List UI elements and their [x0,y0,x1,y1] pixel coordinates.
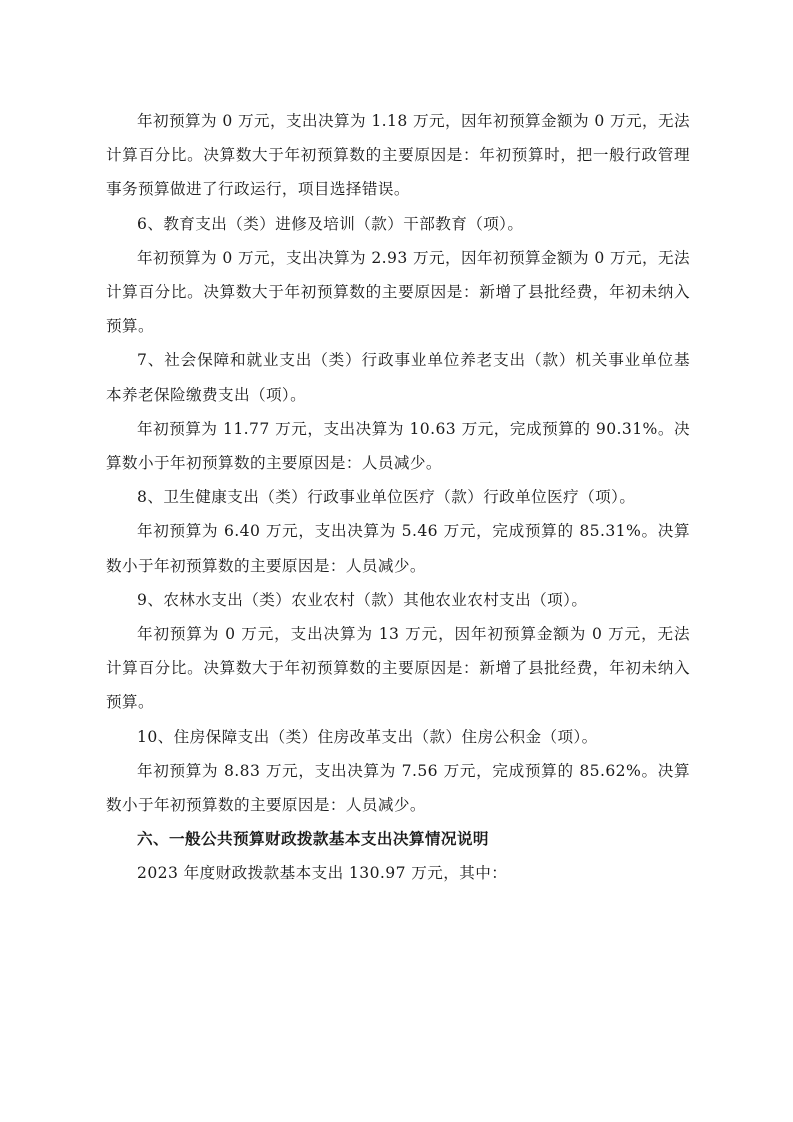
paragraph-item5-explanation: 年初预算为 0 万元，支出决算为 1.18 万元，因年初预算金额为 0 万元，无… [106,104,690,207]
item-7-title: 7、社会保障和就业支出（类）行政事业单位养老支出（款）机关事业单位基本养老保险缴… [106,343,690,411]
item-6-title: 6、教育支出（类）进修及培训（款）干部教育（项）。 [106,207,690,241]
paragraph-item9-explanation: 年初预算为 0 万元，支出决算为 13 万元，因年初预算金额为 0 万元，无法计… [106,617,690,720]
item-10-title: 10、住房保障支出（类）住房改革支出（款）住房公积金（项）。 [106,720,690,754]
paragraph-basic-expenditure-summary: 2023 年度财政拨款基本支出 130.97 万元，其中： [106,856,690,890]
item-9-title: 9、农林水支出（类）农业农村（款）其他农业农村支出（项）。 [106,583,690,617]
item-8-title: 8、卫生健康支出（类）行政事业单位医疗（款）行政单位医疗（项）。 [106,480,690,514]
paragraph-item10-explanation: 年初预算为 8.83 万元，支出决算为 7.56 万元，完成预算的 85.62%… [106,754,690,822]
document-page: 年初预算为 0 万元，支出决算为 1.18 万元，因年初预算金额为 0 万元，无… [106,104,690,891]
section-six-heading: 六、一般公共预算财政拨款基本支出决算情况说明 [106,822,690,856]
paragraph-item8-explanation: 年初预算为 6.40 万元，支出决算为 5.46 万元，完成预算的 85.31%… [106,514,690,582]
paragraph-item7-explanation: 年初预算为 11.77 万元，支出决算为 10.63 万元，完成预算的 90.3… [106,412,690,480]
paragraph-item6-explanation: 年初预算为 0 万元，支出决算为 2.93 万元，因年初预算金额为 0 万元，无… [106,241,690,344]
